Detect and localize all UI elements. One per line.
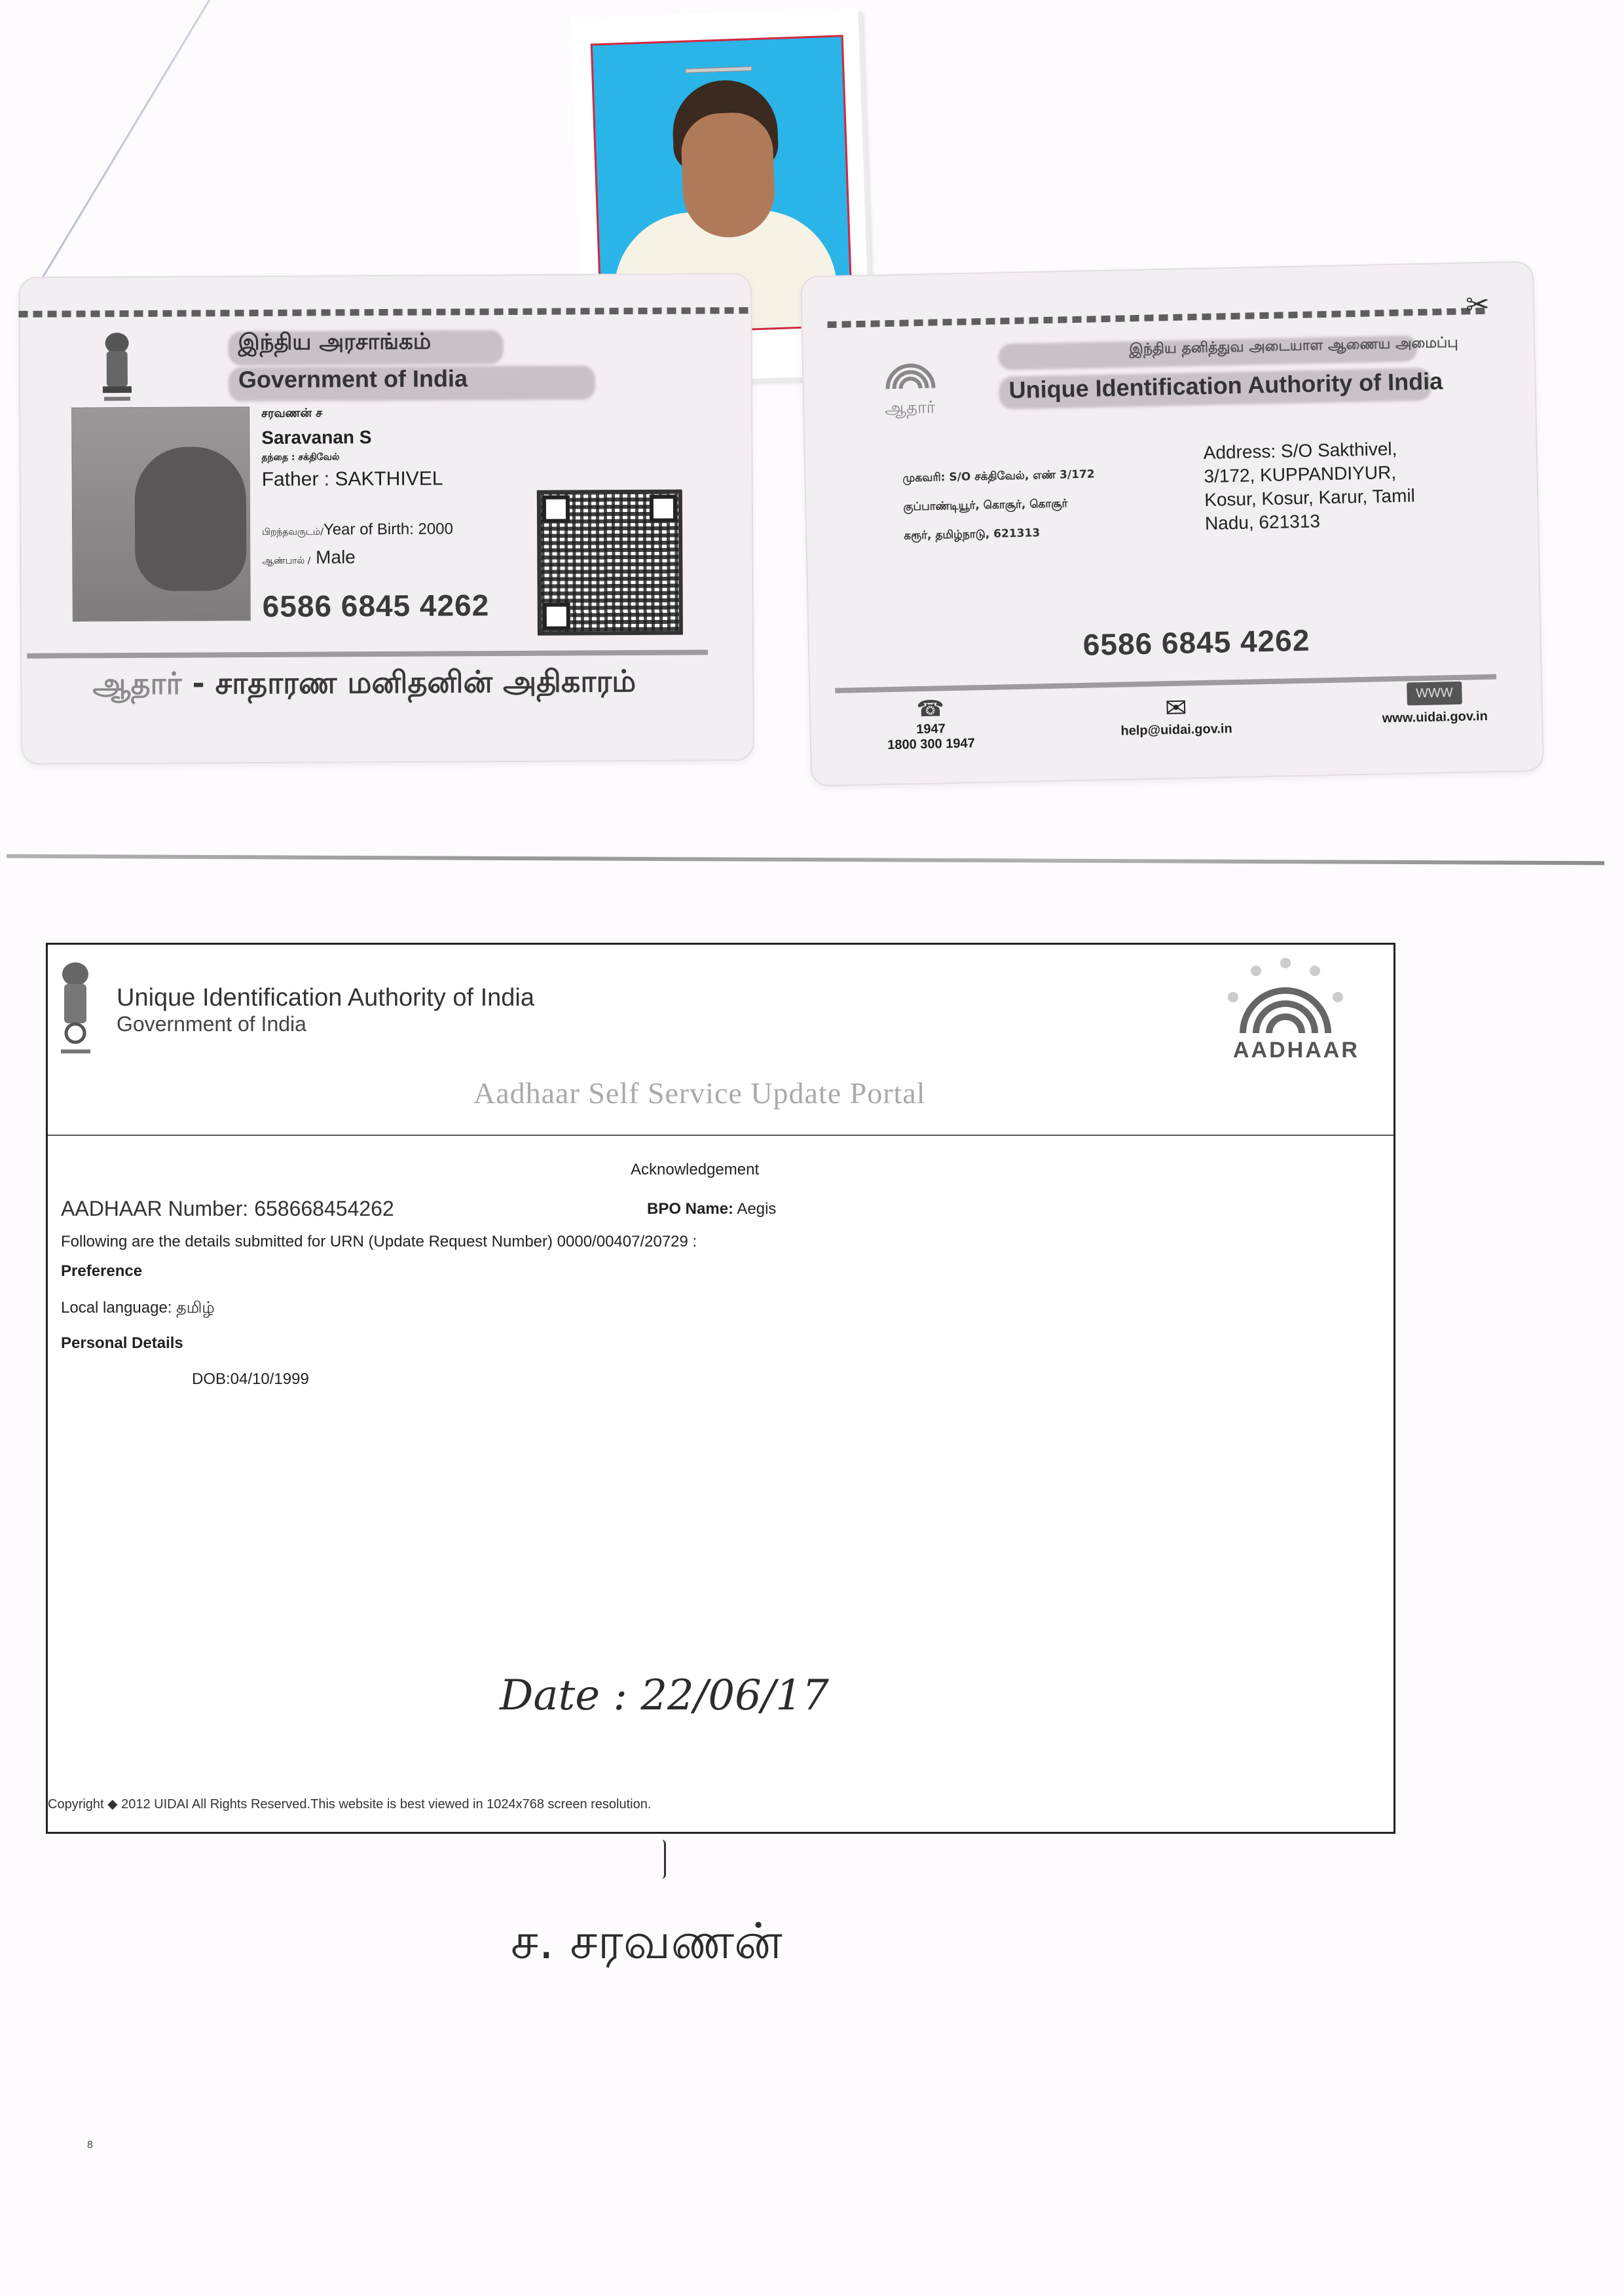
- card-header-tamil: இந்திய அரசாங்கம்: [238, 329, 431, 359]
- national-emblem-icon: [97, 329, 137, 407]
- staple-mark: [685, 66, 752, 73]
- org-title: Unique Identification Authority of India: [117, 984, 534, 1012]
- gender: ஆண்பால் / Male: [262, 547, 356, 568]
- perforation-line: [18, 307, 752, 318]
- card-holder-photo: [71, 407, 251, 621]
- father-english: Father : SAKTHIVEL: [262, 468, 443, 491]
- card-header-english: Government of India: [238, 365, 468, 393]
- card-divider: [27, 649, 708, 658]
- handwritten-date: Date : 22/06/17: [500, 1671, 829, 1720]
- aadhaar-card-front: இந்திய அரசாங்கம் Government of India சரவ…: [18, 273, 754, 765]
- ack-heading: Acknowledgement: [631, 1161, 759, 1179]
- handwritten-signature: ச. சரவணன்: [511, 1912, 783, 1977]
- qr-code: [537, 490, 683, 636]
- local-language-field: Local language: தமிழ்: [61, 1298, 215, 1319]
- telephone-icon: ☎: [881, 695, 980, 723]
- bpo-name-field: BPO Name: Aegis: [647, 1200, 776, 1218]
- dob-field: DOB:04/10/1999: [192, 1370, 309, 1389]
- aadhaar-logo-icon: [1220, 958, 1351, 1036]
- www-badge-icon: WWW: [1407, 682, 1462, 706]
- aadhaar-card-back: ✂ ஆதார் இந்திய தனித்துவ அடையாள ஆணைய அமைப…: [800, 261, 1544, 786]
- email-contact: ✉ help@uidai.gov.in: [1103, 693, 1248, 740]
- scissors-icon: ✂: [1466, 288, 1490, 322]
- perforation-line: [827, 308, 1488, 328]
- phone-contact: ☎ 1947 1800 300 1947: [881, 695, 980, 753]
- aadhaar-logo-text: AADHAAR: [1233, 1038, 1359, 1063]
- pen-mark: [661, 1840, 666, 1879]
- card-slogan: ஆதார் - சாதாரண மனிதனின் அதிகாரம்: [92, 663, 636, 706]
- aadhaar-number-front: 6586 6845 4262: [263, 587, 490, 624]
- preference-heading: Preference: [61, 1262, 142, 1281]
- address-tamil: முகவரி: S/O சக்திவேல், எண் 3/172 குப்பாண…: [902, 460, 1096, 550]
- father-tamil: தந்தை : சக்திவேல்: [261, 452, 339, 464]
- urn-text: Following are the details submitted for …: [61, 1233, 697, 1251]
- envelope-icon: ✉: [1103, 693, 1248, 725]
- name-english: Saravanan S: [261, 427, 371, 448]
- page-number: 8: [87, 2140, 93, 2151]
- national-emblem-icon: [58, 958, 94, 1056]
- address-english: Address: S/O Sakthivel, 3/172, KUPPANDIY…: [1203, 437, 1416, 536]
- name-tamil: சரவணன் ச: [261, 407, 322, 422]
- scan-separator-line: [7, 854, 1604, 866]
- copyright-footer: Copyright ◆ 2012 UIDAI All Rights Reserv…: [48, 1796, 651, 1812]
- update-acknowledgement: Unique Identification Authority of India…: [46, 943, 1395, 1834]
- website-contact: WWW www.uidai.gov.in: [1372, 681, 1497, 727]
- year-of-birth: பிறந்தவருடம்/Year of Birth: 2000: [262, 520, 453, 539]
- aadhaar-number-field: AADHAAR Number: 658668454262: [61, 1197, 394, 1221]
- personal-details-heading: Personal Details: [61, 1334, 183, 1353]
- ack-header: Unique Identification Authority of India…: [48, 945, 1393, 1136]
- aadhaar-number-back: 6586 6845 4262: [1082, 623, 1310, 663]
- aadhaar-logo-icon: [880, 335, 940, 395]
- org-subtitle: Government of India: [117, 1012, 306, 1036]
- portal-title: Aadhaar Self Service Update Portal: [473, 1076, 926, 1110]
- scan-fold-line: [28, 0, 218, 302]
- aadhaar-logo-caption: ஆதார்: [885, 398, 936, 421]
